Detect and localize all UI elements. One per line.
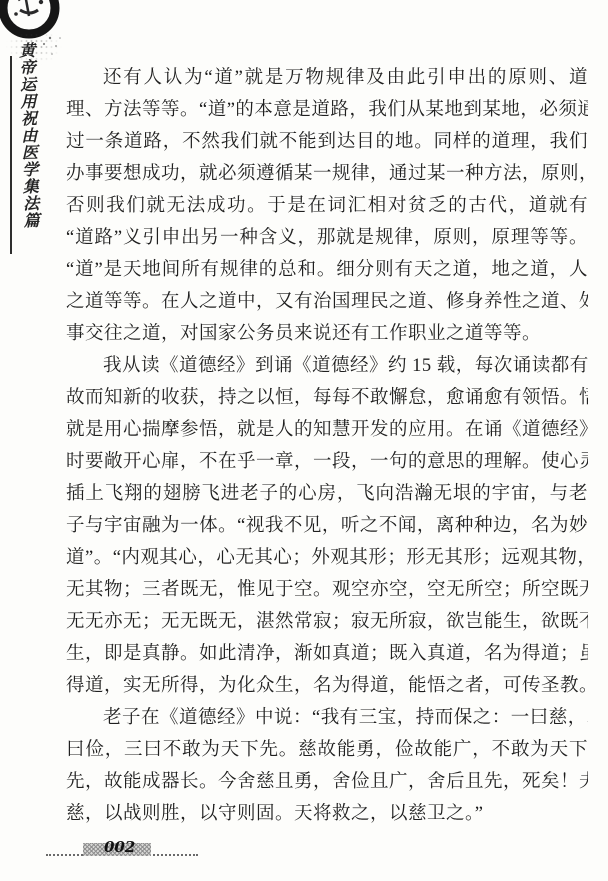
text-line: 得道，实无所得，为化众生，名为得道，能悟之者，可传圣教。” <box>66 670 588 702</box>
text-line: 过一条道路，不然我们就不能到达目的地。同样的道理，我们 <box>66 126 588 158</box>
text-line: 先，故能成器长。今舍慈且勇，舍俭且广，舍后且先，死矣！夫 <box>66 766 588 798</box>
text-line: 无其物；三者既无，惟见于空。观空亦空，空无所空；所空既无， <box>66 574 588 606</box>
text-line: “道”是天地间所有规律的总和。细分则有天之道，地之道，人 <box>66 254 588 286</box>
text-line: 理、方法等等。“道”的本意是道路，我们从某地到某地，必须通 <box>66 94 588 126</box>
text-line: 故而知新的收获，持之以恒，每每不敢懈怠，愈诵愈有领悟。悟 <box>66 382 588 414</box>
page-footer: 002 <box>46 838 216 860</box>
book-page: 黄帝运用祝由医学集法篇 还有人认为“道”就是万物规律及由此引申出的原则、道 理、… <box>0 0 608 881</box>
text-line: 我从读《道德经》到诵《道德经》约 15 载，每次诵读都有温 <box>66 350 588 382</box>
text-line: 慈，以战则胜，以守则固。天将救之，以慈卫之。” <box>66 798 588 830</box>
paragraph: 我从读《道德经》到诵《道德经》约 15 载，每次诵读都有温 故而知新的收获，持之… <box>66 350 588 702</box>
text-line: 还有人认为“道”就是万物规律及由此引申出的原则、道 <box>66 62 588 94</box>
paragraph: 还有人认为“道”就是万物规律及由此引申出的原则、道 理、方法等等。“道”的本意是… <box>66 62 588 350</box>
text-line: 子与宇宙融为一体。“视我不见，听之不闻，离种种边，名为妙 <box>66 510 588 542</box>
text-line: 办事要想成功，就必须遵循某一规律，通过某一种方法，原则， <box>66 158 588 190</box>
page-number: 002 <box>104 838 135 856</box>
text-line: 道”。“内观其心，心无其心；外观其形；形无其形；远观其物，物 <box>66 542 588 574</box>
text-line: 老子在《道德经》中说：“我有三宝，持而保之：一曰慈，二 <box>66 702 588 734</box>
text-line: 事交往之道，对国家公务员来说还有工作职业之道等等。 <box>66 318 588 350</box>
text-line: 无无亦无；无无既无，湛然常寂；寂无所寂，欲岂能生，欲既不 <box>66 606 588 638</box>
text-line: 之道等等。在人之道中，又有治国理民之道、修身养性之道、处 <box>66 286 588 318</box>
text-line: 时要敞开心扉，不在乎一章，一段，一句的意思的理解。使心灵 <box>66 446 588 478</box>
text-line: 否则我们就无法成功。于是在词汇相对贫乏的古代，道就有 <box>66 190 588 222</box>
spine-rule-line <box>10 56 12 254</box>
text-line: 插上飞翔的翅膀飞进老子的心房，飞向浩瀚无垠的宇宙，与老 <box>66 478 588 510</box>
text-line: 就是用心揣摩参悟，就是人的知慧开发的应用。在诵《道德经》 <box>66 414 588 446</box>
text-line: “道路”义引申出另一种含义，那就是规律，原则，原理等等。 <box>66 222 588 254</box>
text-line: 曰俭，三曰不敢为天下先。慈故能勇，俭故能广，不敢为天下 <box>66 734 588 766</box>
paragraph: 老子在《道德经》中说：“我有三宝，持而保之：一曰慈，二 曰俭，三曰不敢为天下先。… <box>66 702 588 830</box>
text-line: 生，即是真静。如此清净，渐如真道；既入真道，名为得道；虽名 <box>66 638 588 670</box>
page-text-block: 还有人认为“道”就是万物规律及由此引申出的原则、道 理、方法等等。“道”的本意是… <box>66 62 588 830</box>
